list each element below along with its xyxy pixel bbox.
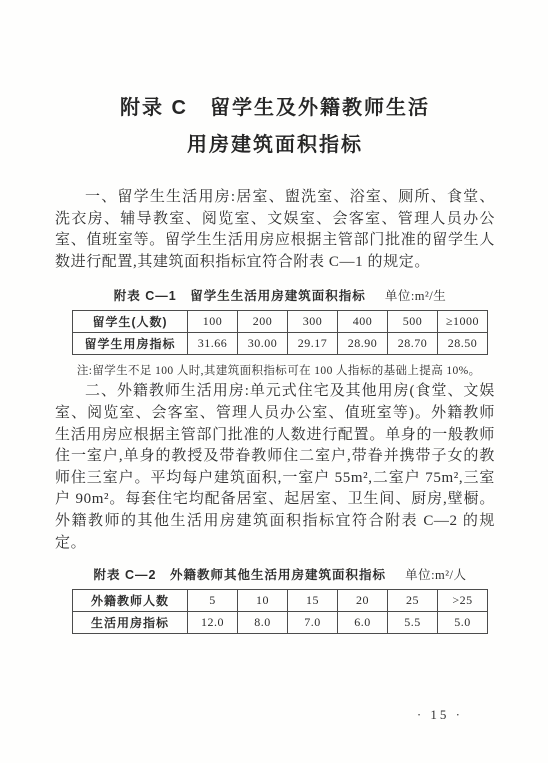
table-c1-caption-unit: 单位:m²/生 (385, 289, 446, 303)
table-c1-cell: 28.90 (338, 333, 388, 355)
table-c2-cell: 5 (188, 590, 238, 612)
table-c1: 留学生(人数) 100 200 300 400 500 ≥1000 留学生用房指… (72, 310, 488, 355)
table-c2-cell: 20 (338, 590, 388, 612)
appendix-title-line1: 附录 C 留学生及外籍教师生活 (55, 90, 495, 127)
page-content: 附录 C 留学生及外籍教师生活 用房建筑面积指标 一、留学生生活用房:居室、盥洗… (0, 90, 548, 634)
table-row: 留学生(人数) 100 200 300 400 500 ≥1000 (73, 311, 488, 333)
table-c1-cell: 300 (288, 311, 338, 333)
table-c2-cell: 10 (238, 590, 288, 612)
paragraph-teachers: 二、外籍教师生活用房:单元式住宅及其他用房(食堂、文娱室、阅览室、会客室、管理人… (55, 381, 495, 554)
table-c2-cell: >25 (438, 590, 488, 612)
table-c1-row0-header: 留学生(人数) (73, 311, 188, 333)
appendix-title-line2: 用房建筑面积指标 (55, 127, 495, 164)
table-row: 生活用房指标 12.0 8.0 7.0 6.0 5.5 5.0 (73, 612, 488, 634)
table-c2-cell: 5.5 (388, 612, 438, 634)
table-c2-cell: 6.0 (338, 612, 388, 634)
table-c2: 外籍教师人数 5 10 15 20 25 >25 生活用房指标 12.0 8.0… (72, 589, 488, 634)
table-c2-cell: 5.0 (438, 612, 488, 634)
table-c1-note: 注:留学生不足 100 人时,其建筑面积指标可在 100 人指标的基础上提高 1… (55, 362, 495, 378)
table-c1-cell: 100 (188, 311, 238, 333)
table-c1-cell: 31.66 (188, 333, 238, 355)
table-c2-caption-unit: 单位:m²/人 (405, 568, 466, 582)
paragraph-students: 一、留学生生活用房:居室、盥洗室、浴室、厕所、食堂、洗衣房、辅导教室、阅览室、文… (55, 187, 495, 273)
table-c1-cell: 30.00 (238, 333, 288, 355)
table-c1-cell: 29.17 (288, 333, 338, 355)
table-row: 外籍教师人数 5 10 15 20 25 >25 (73, 590, 488, 612)
table-c1-caption: 附表 C—1 留学生生活用房建筑面积指标 单位:m²/生 (72, 286, 488, 304)
table-row: 留学生用房指标 31.66 30.00 29.17 28.90 28.70 28… (73, 333, 488, 355)
table-c2-caption: 附表 C—2 外籍教师其他生活用房建筑面积指标 单位:m²/人 (72, 565, 488, 583)
table-c1-cell: 200 (238, 311, 288, 333)
table-c1-cell: 400 (338, 311, 388, 333)
table-c1-cell: ≥1000 (438, 311, 488, 333)
document-page: 附录 C 留学生及外籍教师生活 用房建筑面积指标 一、留学生生活用房:居室、盥洗… (0, 0, 548, 763)
table-c2-row1-header: 生活用房指标 (73, 612, 188, 634)
appendix-title: 附录 C 留学生及外籍教师生活 用房建筑面积指标 (55, 90, 495, 164)
table-c2-cell: 7.0 (288, 612, 338, 634)
table-c1-cell: 500 (388, 311, 438, 333)
table-c1-row1-header: 留学生用房指标 (73, 333, 188, 355)
table-c2-caption-title: 附表 C—2 外籍教师其他生活用房建筑面积指标 (94, 568, 386, 582)
table-c2-row0-header: 外籍教师人数 (73, 590, 188, 612)
table-c1-cell: 28.50 (438, 333, 488, 355)
table-c2-cell: 12.0 (188, 612, 238, 634)
table-c2-cell: 15 (288, 590, 338, 612)
table-c2-cell: 8.0 (238, 612, 288, 634)
table-c2-cell: 25 (388, 590, 438, 612)
page-number: · 15 · (417, 707, 463, 723)
table-c1-caption-title: 附表 C—1 留学生生活用房建筑面积指标 (114, 289, 366, 303)
table-c1-cell: 28.70 (388, 333, 438, 355)
